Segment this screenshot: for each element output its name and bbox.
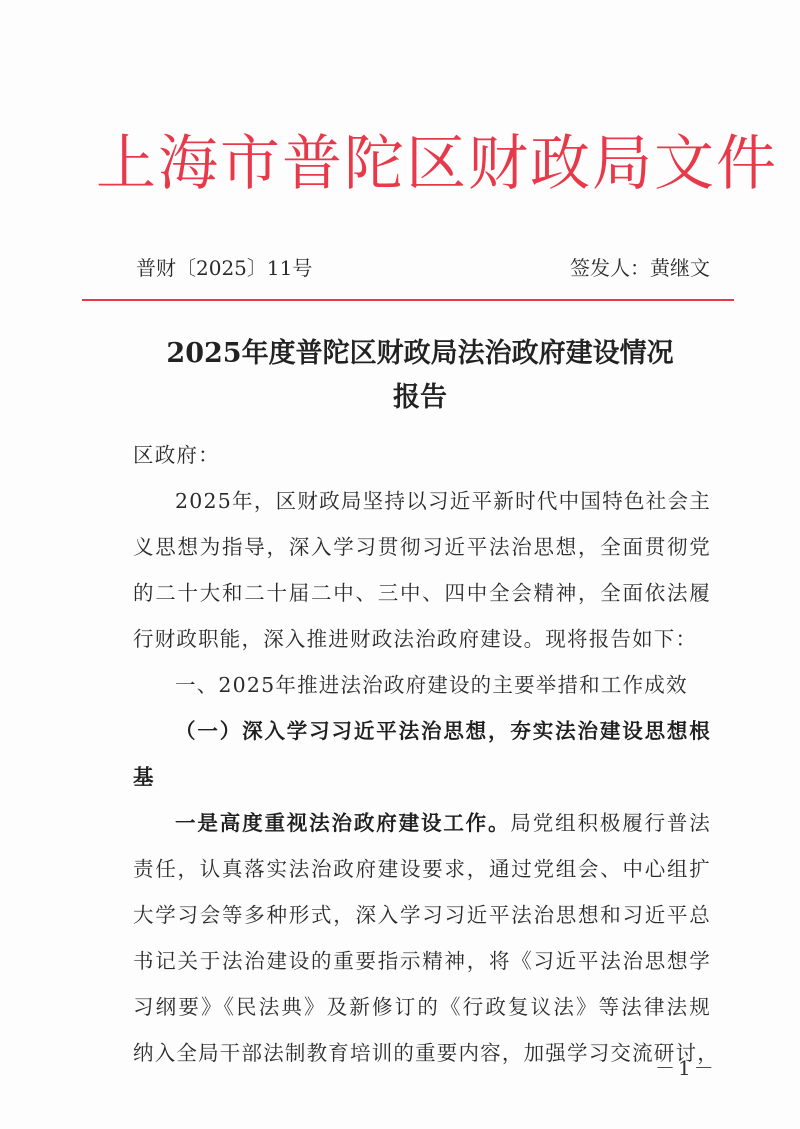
point-1-line-6: 纳入全局干部法制教育培训的重要内容，加强学习交流研讨，: [133, 1030, 711, 1076]
salutation: 区政府：: [133, 432, 711, 478]
document-page: 上海市普陀区财政局文件 普财〔2025〕11号 签发人：黄继文 2025年度普陀…: [0, 0, 800, 1129]
section-heading: 一、2025年推进法治政府建设的主要举措和工作成效: [133, 662, 711, 708]
intro-line-4: 行财政职能，深入推进财政法治政府建设。现将报告如下：: [133, 616, 711, 662]
subsection-heading-line-2: 基: [133, 754, 711, 800]
document-body: 区政府： 2025年，区财政局坚持以习近平新时代中国特色社会主 义思想为指导，深…: [133, 432, 711, 1076]
point-1-line-2: 责任，认真落实法治政府建设要求，通过党组会、中心组扩: [133, 846, 711, 892]
issuer-label: 签发人：: [570, 256, 650, 280]
document-number: 普财〔2025〕11号: [136, 252, 312, 284]
issuer-signature: 签发人：黄继文: [570, 252, 710, 284]
title-line-2: 报告: [120, 376, 720, 420]
intro-line-1: 2025年，区财政局坚持以习近平新时代中国特色社会主: [133, 478, 711, 524]
point-1-line-4: 书记关于法治建设的重要指示精神，将《习近平法治思想学: [133, 938, 711, 984]
red-divider-line: [82, 299, 734, 301]
subsection-heading-line-1: （一）深入学习习近平法治思想，夯实法治建设思想根: [133, 708, 711, 754]
issuer-name: 黄继文: [650, 256, 710, 280]
point-1-first-line: 一是高度重视法治政府建设工作。局党组积极履行普法: [133, 800, 711, 846]
title-line-1: 2025年度普陀区财政局法治政府建设情况: [120, 332, 720, 376]
issuing-body-header: 上海市普陀区财政局文件: [96, 128, 716, 200]
intro-line-3: 的二十大和二十届二中、三中、四中全会精神，全面依法履: [133, 570, 711, 616]
point-1-line-3: 大学习会等多种形式，深入学习习近平法治思想和习近平总: [133, 892, 711, 938]
point-1-line-5: 习纲要》《民法典》及新修订的《行政复议法》等法律法规: [133, 984, 711, 1030]
document-title: 2025年度普陀区财政局法治政府建设情况 报告: [120, 332, 720, 420]
page-number: －1－: [655, 1052, 717, 1081]
point-1-lead-rest: 局党组积极履行普法: [510, 811, 711, 835]
point-1-lead: 一是高度重视法治政府建设工作。: [175, 811, 510, 835]
intro-line-2: 义思想为指导，深入学习贯彻习近平法治思想，全面贯彻党: [133, 524, 711, 570]
document-meta-row: 普财〔2025〕11号 签发人：黄继文: [136, 252, 710, 284]
